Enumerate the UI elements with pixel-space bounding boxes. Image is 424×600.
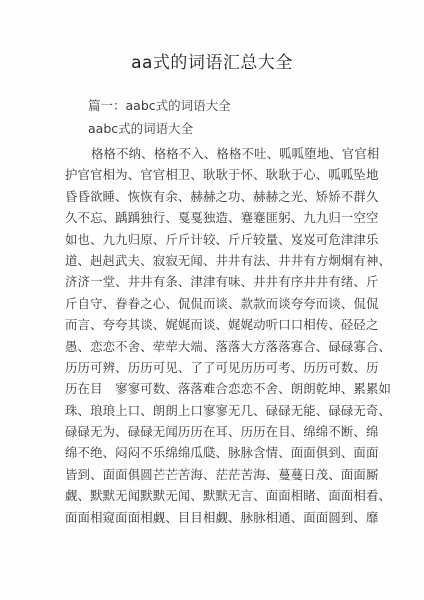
body-line: 道、赳赳武夫、寂寂无闻、井井有法、井井有方炯炯有神、 [65,250,353,271]
body-line: 护官官相为、官官相卫、耿耿于怀、耿耿于心、呱呱坠地 [65,164,353,185]
body-line: 历历可辨、历历可见、了了可见历历可考、历历可数、历 [65,357,353,378]
body-line: 绵不绝、闷闷不乐绵绵瓜瓞、脉脉含情、面面俱到、面面 [65,442,353,463]
body-line: 愚、恋恋不舍、荦荦大端、落落大方落落寡合、碌碌寡合、 [65,336,353,357]
body-line: 觑、默默无闻默默无闻、默默无言、面面相睹、面面相看、 [65,485,353,506]
body-line: 斤自守、眷眷之心、侃侃而谈、款款而谈夸夸而谈、侃侃 [65,293,353,314]
body-line: 如也、九九归原、斤斤计较、斤斤较量、岌岌可危津津乐 [65,229,353,250]
document-title: aa式的词语汇总大全 [0,52,424,74]
document-page: aa式的词语汇总大全 篇一：aabc式的词语大全 aabc式的词语大全 格格不纳… [0,0,424,600]
body-paragraph: 格格不纳、格格不入、格格不吐、呱呱堕地、官官相 护官官相为、官官相卫、耿耿于怀、… [65,143,353,528]
body-line: 皆到、面面俱圆芒芒苦海、茫茫苦海、蔓蔓日茂、面面厮 [65,464,353,485]
section-heading: 篇一：aabc式的词语大全 [88,98,231,114]
body-line: 而言、夸夸其谈、娓娓而谈、娓娓动听口口相传、硁硁之 [65,314,353,335]
body-line: 碌碌无为、碌碌无闻历历在耳、历历在目、绵绵不断、绵 [65,421,353,442]
body-line: 面面相窥面面相觑、目目相觑、脉脉相通、面面圆到、靡 [65,507,353,528]
body-line: 珠、琅琅上口、朗朗上口寥寥无几、碌碌无能、碌碌无奇、 [65,400,353,421]
body-line: 济济一堂、井井有条、津津有味、井井有序井井有绪、斤 [65,271,353,292]
body-line: 久不忘、踽踽独行、戛戛独造、蹇蹇匪躬、九九归一空空 [65,207,353,228]
body-line: 昏昏欲睡、恢恢有余、赫赫之功、赫赫之光、矫矫不群久 [65,186,353,207]
body-line: 历在目 寥寥可数、落落难合恋恋不舍、朗朗乾坤、累累如 [65,378,353,399]
subheading: aabc式的词语大全 [88,121,193,137]
body-line: 格格不纳、格格不入、格格不吐、呱呱堕地、官官相 [65,143,353,164]
